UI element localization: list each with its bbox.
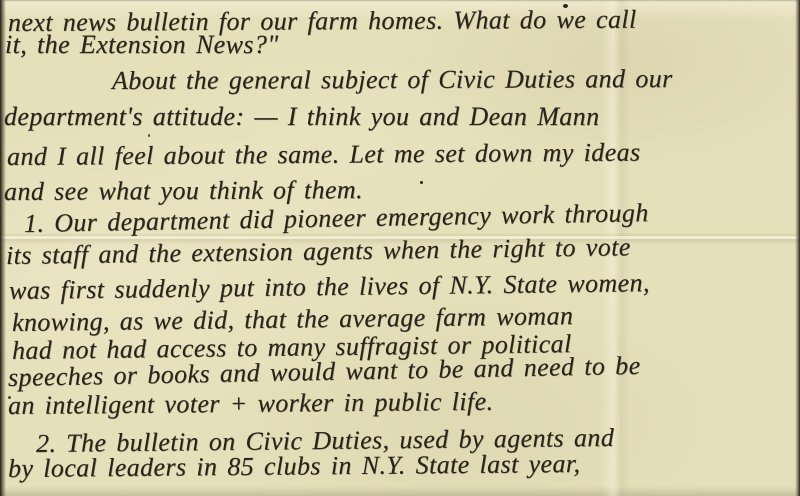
ink-speck	[563, 4, 568, 8]
handwritten-line-2: it, the Extension News?"	[5, 30, 279, 60]
handwritten-line-5: and I all feel about the same. Let me se…	[7, 138, 641, 172]
handwritten-line-4: department's attitude: — I think you and…	[4, 102, 599, 132]
handwritten-line-9: was first suddenly put into the lives of…	[9, 268, 650, 306]
handwritten-line-15: by local leaders in 85 clubs in N.Y. Sta…	[8, 449, 581, 484]
scan-edge-top	[0, 0, 800, 2]
scan-edge-left	[0, 0, 6, 496]
ink-speck	[420, 181, 423, 184]
handwritten-line-3: About the general subject of Civic Dutie…	[112, 64, 673, 96]
letter-page: next news bulletin for our farm homes. W…	[0, 0, 800, 496]
ink-speck	[148, 134, 150, 137]
handwritten-line-6: and see what you think of them.	[4, 175, 363, 207]
ink-speck	[8, 396, 11, 399]
handwritten-line-13: an intelligent voter + worker in public …	[8, 387, 494, 421]
scan-edge-right	[795, 0, 800, 496]
